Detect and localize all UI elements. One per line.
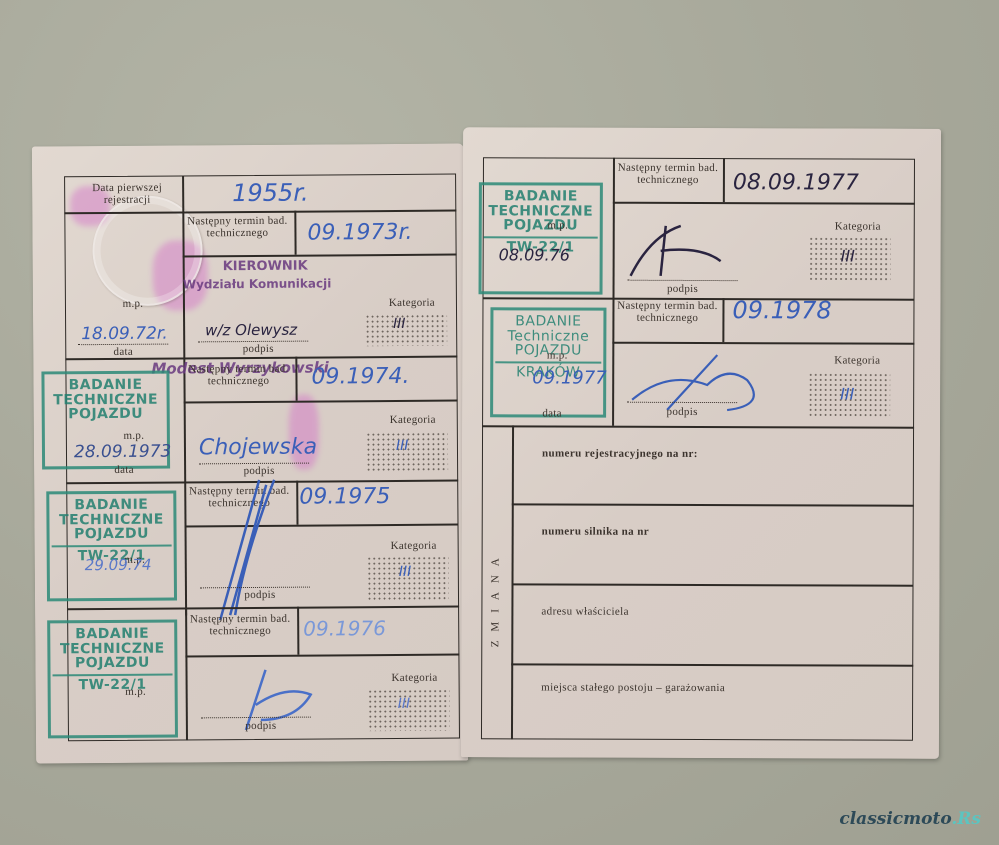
date-value: 08.09.76 xyxy=(499,245,570,264)
category-value: III xyxy=(393,316,406,332)
category-value: III xyxy=(398,696,411,712)
mp-label: m.p. xyxy=(114,430,154,442)
divider xyxy=(295,357,297,401)
mp-label: m.p. xyxy=(537,349,577,361)
next-inspection-label: Następny termin bad. technicznego xyxy=(185,613,295,638)
mp-label: m.p. xyxy=(538,219,578,231)
category-value: III xyxy=(841,246,855,265)
stamp-line: POJAZDU xyxy=(52,656,172,672)
inspection-stamp: BADANIE TECHNICZNE POJAZDU TW-22/1 xyxy=(479,182,603,294)
category-label: Kategoria xyxy=(378,414,448,426)
date-value: 09.1977 xyxy=(532,367,607,388)
category-label: Kategoria xyxy=(379,540,449,552)
divider xyxy=(182,175,184,211)
next-inspection-value: 09.1978 xyxy=(732,296,831,324)
category-box xyxy=(365,314,447,347)
signature-value: w/z Olewysz xyxy=(205,321,297,340)
change-registration-number: numeru rejestracyjnego na nr: xyxy=(542,447,698,460)
next-inspection-value: 09.1975 xyxy=(299,484,390,510)
next-inspection-value: 09.1973r. xyxy=(307,220,412,246)
category-label: Kategoria xyxy=(822,354,892,366)
stamp-line: POJAZDU xyxy=(47,407,165,423)
divider xyxy=(297,607,299,655)
date-label: data xyxy=(104,464,144,476)
divider xyxy=(296,481,298,525)
signature-label: podpis xyxy=(241,720,281,732)
inspection-stamp: BADANIE TECHNICZNE POJAZDU TW-22/1 xyxy=(46,491,177,602)
next-inspection-value: 08.09.1977 xyxy=(733,170,859,195)
change-engine-number: numeru silnika na nr xyxy=(542,525,649,537)
change-section-title: ZMIANA xyxy=(489,507,501,647)
date-value: 28.09.1973 xyxy=(74,442,171,463)
signature-scribble xyxy=(627,350,777,421)
next-inspection-label: Następny termin bad. technicznego xyxy=(182,215,292,240)
date-label: data xyxy=(532,407,572,419)
inspection-stamp: BADANIE TECHNICZNE POJAZDU TW-22/1 xyxy=(47,620,178,739)
date-value: 29.09.74 xyxy=(85,556,152,574)
left-page: Data pierwszej rejestracji 1955r. Następ… xyxy=(32,143,468,763)
stamp-line: BADANIE xyxy=(484,189,598,204)
watermark-text: classicmoto xyxy=(839,809,951,829)
inspection-stamp: BADANIE Techniczne POJAZDU KRAKÓW xyxy=(490,307,606,417)
next-inspection-value: 09.1976 xyxy=(303,616,386,641)
next-inspection-label: Następny termin bad. technicznego xyxy=(613,162,723,186)
change-owner-address: adresu właściciela xyxy=(541,605,629,617)
stamp-line: POJAZDU xyxy=(52,527,172,543)
divider xyxy=(294,211,296,255)
first-registration-label: Data pierwszej rejestracji xyxy=(72,181,182,206)
category-value: III xyxy=(396,438,409,454)
mp-label: m.p. xyxy=(116,686,156,698)
category-value: III xyxy=(399,564,412,580)
category-value: III xyxy=(840,384,854,403)
category-label: Kategoria xyxy=(380,672,450,684)
signature-label: podpis xyxy=(238,343,278,355)
next-inspection-label: Następny termin bad. technicznego xyxy=(183,363,293,388)
change-garage-location: miejsca stałego postoju – garażowania xyxy=(541,681,725,694)
signature-label: podpis xyxy=(663,283,703,295)
official-stamp-title: KIEROWNIK xyxy=(223,259,308,275)
signature-scribble xyxy=(204,475,295,626)
stamp-line: Techniczne xyxy=(495,329,601,344)
date-value: 18.09.72r. xyxy=(81,324,168,345)
next-inspection-label: Następny termin bad. technicznego xyxy=(612,300,722,324)
watermark-accent: .Rs xyxy=(951,809,981,829)
right-page: BADANIE TECHNICZNE POJAZDU TW-22/1 Nastę… xyxy=(461,127,941,759)
official-stamp-dept: Wydziału Komunikacji xyxy=(183,276,332,291)
divider xyxy=(723,158,725,202)
first-registration-value: 1955r. xyxy=(232,179,309,208)
signature-value: Chojewska xyxy=(199,435,317,461)
date-label: data xyxy=(103,346,143,358)
stamp-line: BADANIE xyxy=(495,314,601,329)
stamp-line: TECHNICZNE xyxy=(484,204,598,219)
mp-label: m.p. xyxy=(113,298,153,310)
divider xyxy=(722,298,724,342)
signature-label: podpis xyxy=(240,589,280,601)
signature-label: podpis xyxy=(662,406,702,418)
category-label: Kategoria xyxy=(823,220,893,232)
watermark-logo: classicmoto.Rs xyxy=(839,809,981,829)
signature-scribble xyxy=(621,216,731,286)
category-label: Kategoria xyxy=(377,297,447,309)
next-inspection-value: 09.1974. xyxy=(311,364,409,390)
